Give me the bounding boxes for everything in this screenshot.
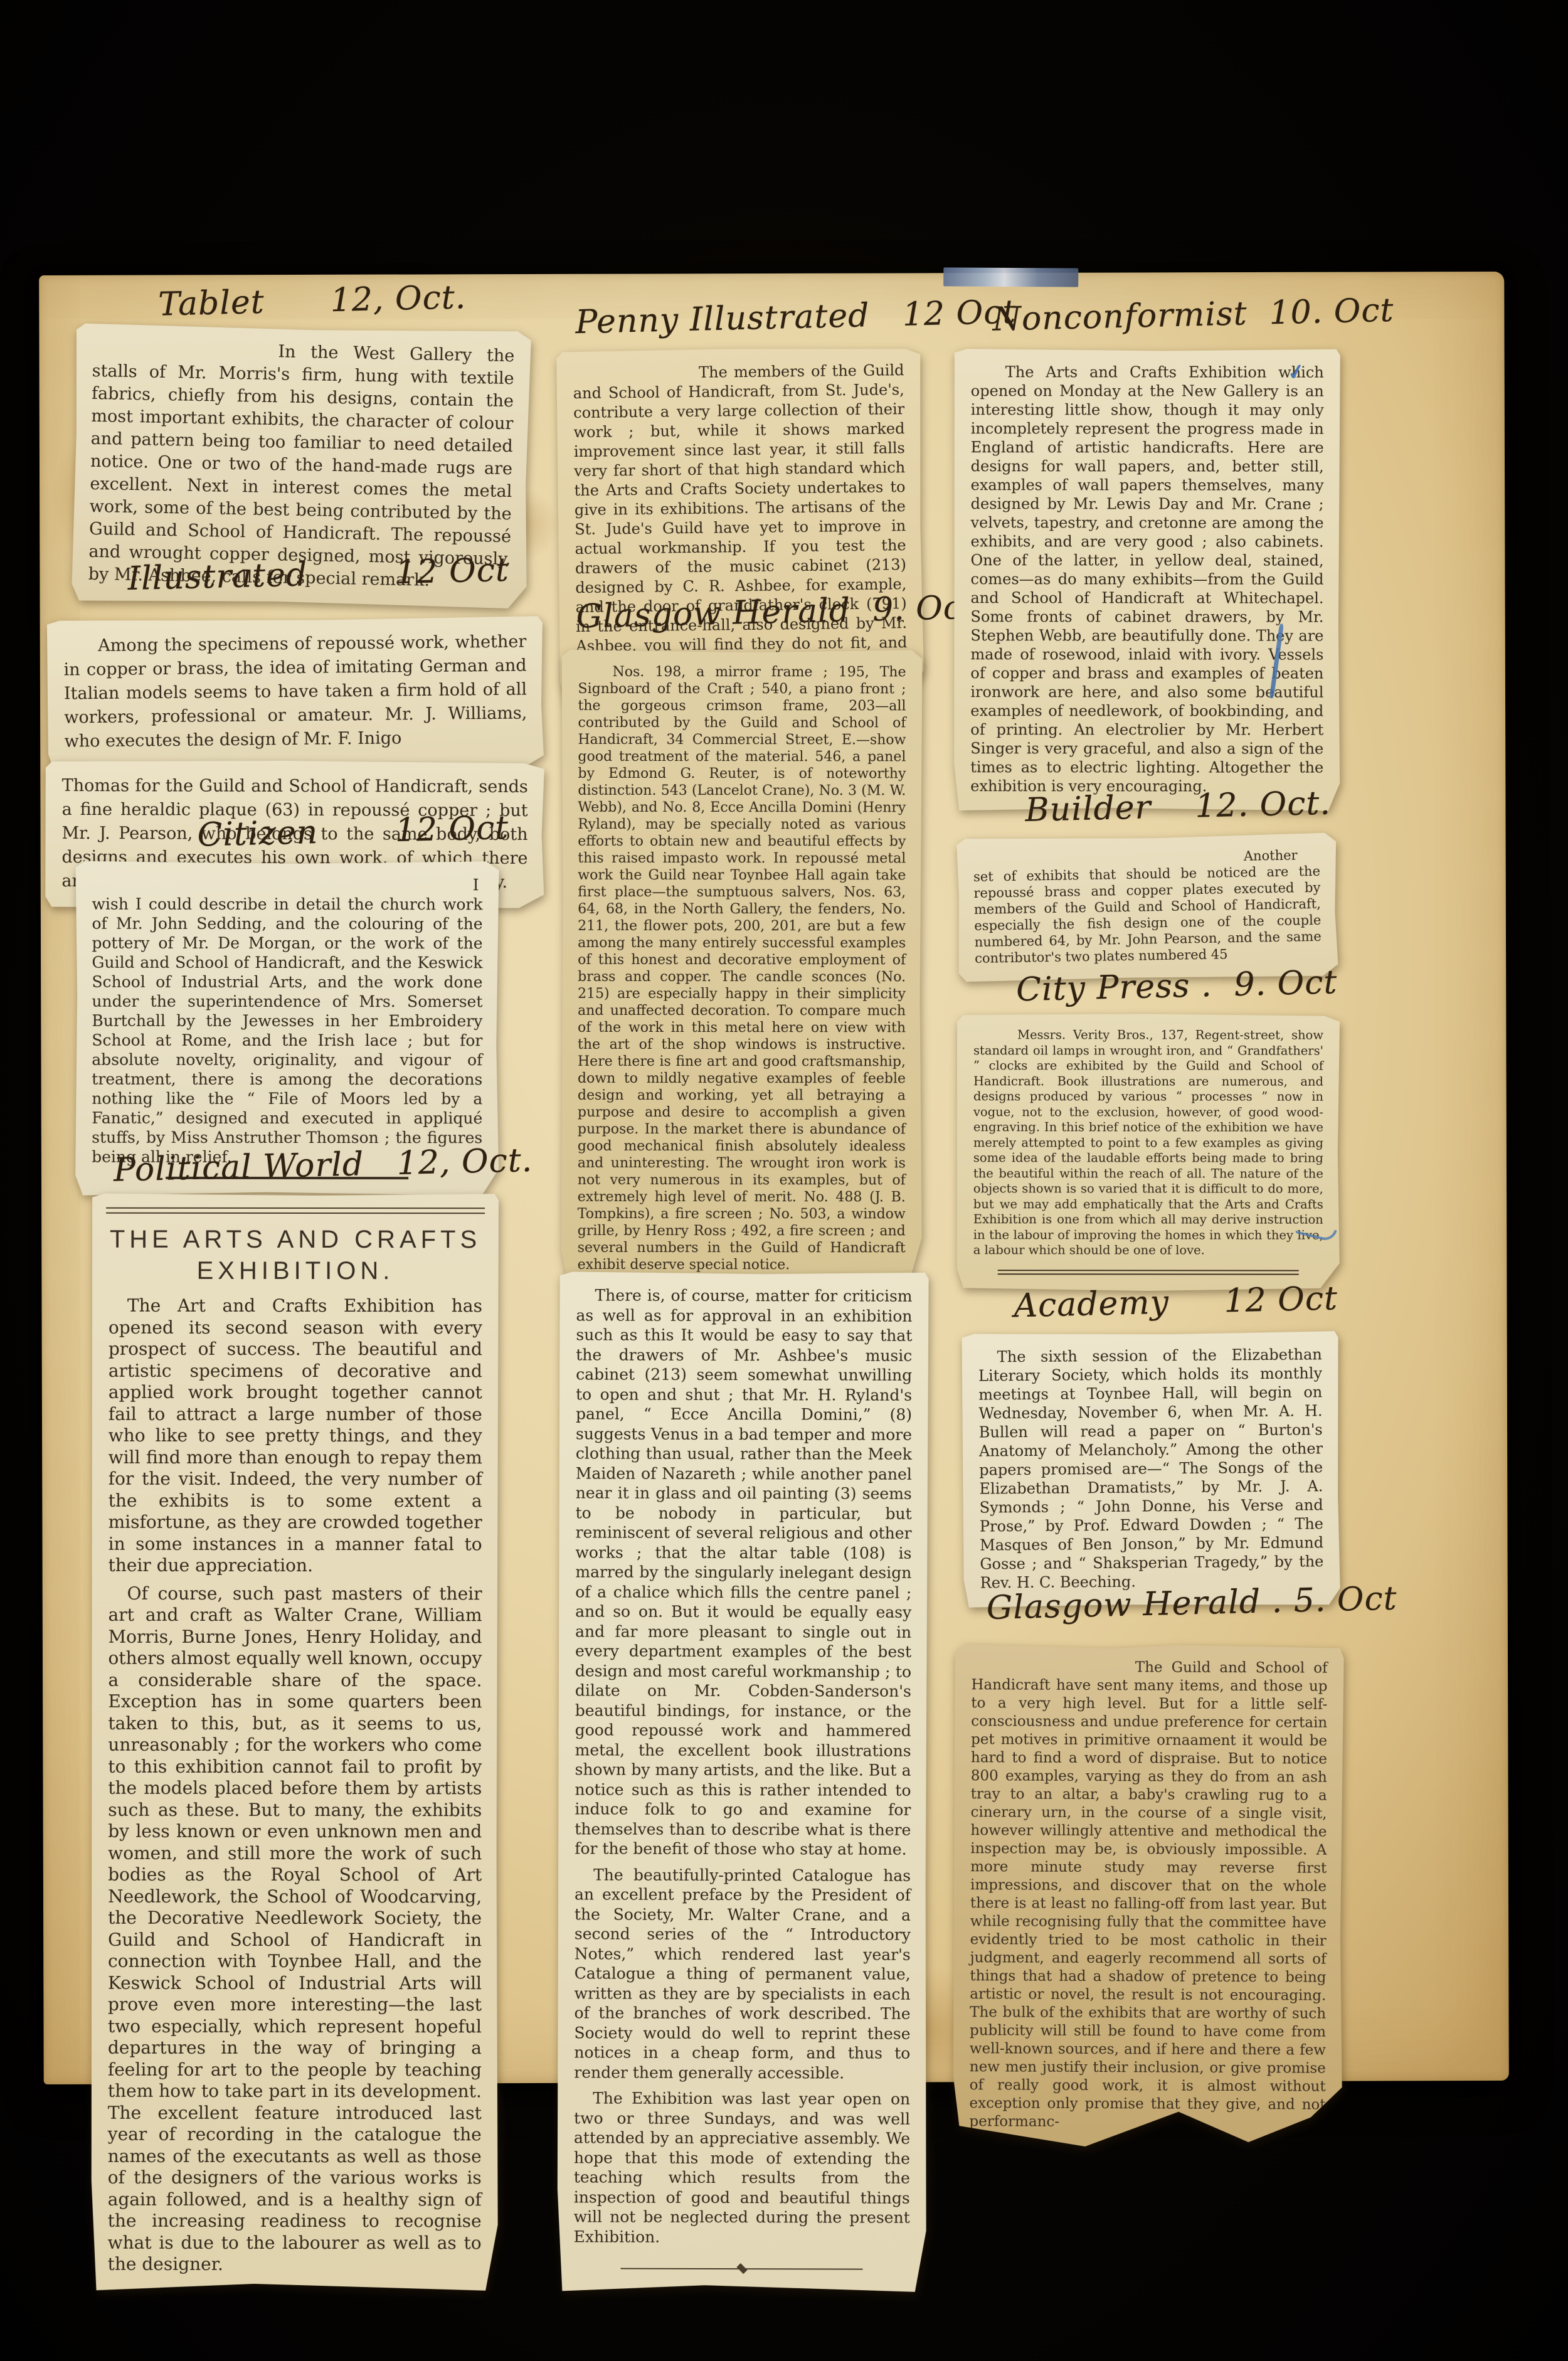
clipping-glasgow-herald-5: The Guild and School of Handicraft have … — [953, 1644, 1343, 2148]
clipping-paragraph: Messrs. Verity Bros., 137, Regent-street… — [973, 1027, 1323, 1258]
double-rule — [106, 1207, 485, 1214]
headline-line1: THE ARTS AND CRAFTS — [109, 1224, 482, 1256]
clipping-paragraph: The Art and Crafts Exhibition has opened… — [109, 1295, 482, 1577]
handwritten-heading-builder: Builder 12. Oct. — [1025, 785, 1332, 829]
clipping-paragraph: The Exhibition was last year open on two… — [574, 2088, 911, 2247]
divider-rule — [621, 2266, 863, 2272]
clipping-lead-character: I — [92, 875, 483, 895]
clipping-paragraph: The sixth session of the Elizabethan Lit… — [978, 1345, 1324, 1592]
clipping-academy: The sixth session of the Elizabethan Lit… — [962, 1331, 1340, 1608]
clipping-paragraph: wish I could describe in detail the chur… — [92, 894, 482, 1167]
handwritten-heading-citizen: Citizen 12 Oct — [197, 809, 509, 854]
clipping-glasgow-herald-9-part1: Nos. 198, a mirror frame ; 195, The Sign… — [561, 650, 923, 1289]
clipping-paragraph: The beautifully-printed Catalogue has an… — [574, 1865, 911, 2083]
scanned-scrapbook-image: Tablet 12, Oct. In the West Gallery the … — [0, 0, 1568, 2361]
clipping-political-world: THE ARTS AND CRAFTS EXHIBITION. The Art … — [92, 1194, 499, 2291]
clipping-paragraph: Another set of exhibits that should be n… — [973, 847, 1322, 967]
tape-fragment — [943, 267, 1078, 287]
handwritten-heading-penny-illustrated: Penny Illustrated 12 Oct — [575, 294, 1017, 342]
clipping-paragraph: The members of the Guild and School of H… — [573, 361, 908, 695]
clipping-paragraph: The Arts and Crafts Exhibition which ope… — [970, 363, 1324, 795]
scrapbook-page: Tablet 12, Oct. In the West Gallery the … — [39, 272, 1509, 2084]
divider-line — [621, 2268, 739, 2269]
clipping-paragraph: The Guild and School of Handicraft have … — [969, 1658, 1327, 2132]
clipping-city-press: Messrs. Verity Bros., 137, Regent-street… — [957, 1014, 1340, 1291]
clipping-paragraph: Of course, such past masters of their ar… — [108, 1583, 482, 2276]
clipping-illustrated-part1: Among the specimens of repoussé work, wh… — [47, 616, 544, 769]
divider-line — [744, 2268, 862, 2269]
clipping-glasgow-herald-9-part2: There is, of course, matter for criticis… — [557, 1271, 928, 2292]
handwritten-heading-academy: Academy 12 Oct — [1014, 1280, 1338, 1325]
clipping-nonconformist: The Arts and Crafts Exhibition which ope… — [954, 349, 1340, 811]
double-end-rule — [998, 1270, 1299, 1275]
clipping-paragraph: There is, of course, matter for criticis… — [575, 1285, 912, 1859]
divider-diamond — [736, 2263, 747, 2274]
handwritten-heading-tablet: Tablet 12, Oct. — [158, 279, 467, 324]
clipping-builder: Another set of exhibits that should be n… — [956, 832, 1338, 982]
clipping-headline: THE ARTS AND CRAFTS EXHIBITION. — [109, 1224, 482, 1287]
handwritten-heading-city-press: City Press . 9. Oct — [1016, 963, 1338, 1009]
handwritten-heading-nonconformist: Nonconformist 10. Oct — [992, 292, 1394, 339]
headline-line2: EXHIBITION. — [109, 1255, 482, 1287]
clipping-paragraph: Among the specimens of repoussé work, wh… — [63, 630, 527, 753]
clipping-paragraph: Nos. 198, a mirror frame ; 195, The Sign… — [578, 664, 906, 1273]
